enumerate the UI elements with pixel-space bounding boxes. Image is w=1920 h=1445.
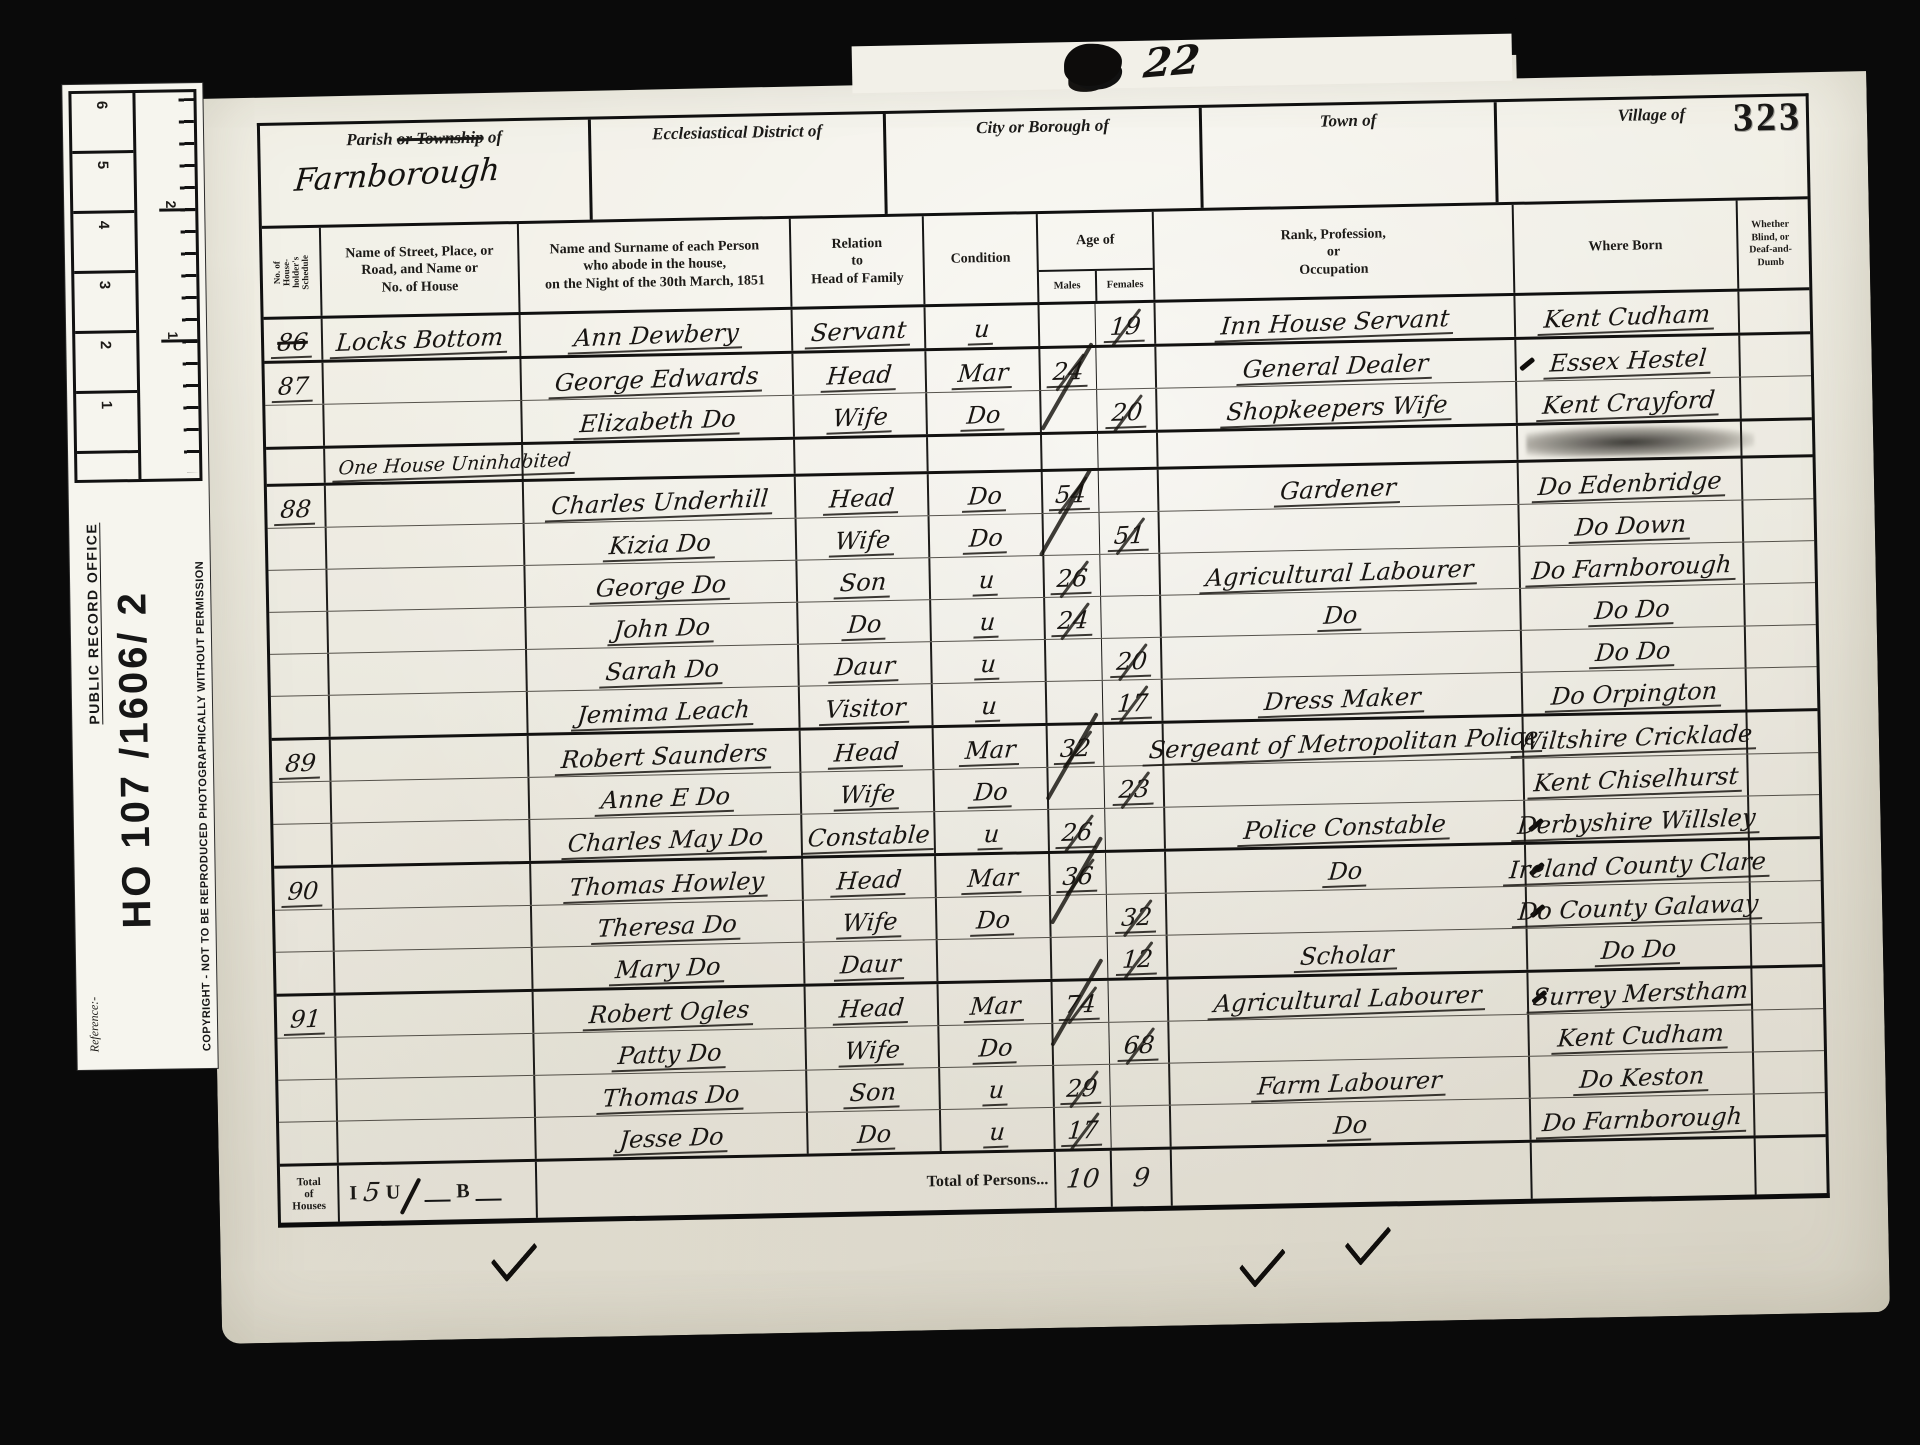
district-label: Ecclesiastical District of bbox=[652, 121, 822, 143]
blank-line bbox=[424, 1181, 450, 1201]
schedule-cell bbox=[266, 449, 326, 484]
birthplace-cell: Kent Crayford bbox=[1517, 378, 1742, 423]
condition-entry: Do bbox=[963, 525, 1009, 555]
occupation-cell: Shopkeepers Wife bbox=[1157, 382, 1518, 430]
street-cell bbox=[336, 992, 535, 1037]
age-female-cell: 19 bbox=[1095, 303, 1156, 345]
age-male-entry: 29 bbox=[1061, 1076, 1104, 1106]
birthplace-cell: Do Do bbox=[1528, 924, 1753, 969]
blind-cell bbox=[1739, 290, 1804, 332]
occupation-entry: Farm Labourer bbox=[1251, 1068, 1448, 1103]
street-cell: One House Uninhabited bbox=[325, 445, 524, 483]
relation-cell: Head bbox=[806, 984, 940, 1028]
occupation-cell: Agricultural Labourer bbox=[1160, 547, 1521, 595]
street-cell bbox=[326, 482, 525, 527]
header-females: Females bbox=[1097, 270, 1154, 301]
name-entry: Theresa Do bbox=[591, 912, 743, 946]
birthplace-cell: Do Farnborough bbox=[1531, 1094, 1756, 1139]
birthplace-entry: Kent Cudham bbox=[1551, 1020, 1730, 1055]
name-entry: Elizabeth Do bbox=[573, 406, 741, 440]
condition-entry: u bbox=[974, 652, 1002, 681]
street-cell bbox=[337, 1076, 536, 1121]
birthplace-entry: Do Farnborough bbox=[1536, 1104, 1748, 1140]
relation-cell: Head bbox=[793, 351, 927, 395]
schedule-cell bbox=[273, 824, 333, 866]
reference-number: HO 107 /1606/ 2 bbox=[110, 590, 160, 929]
birthplace-cell: Derbyshire Willsley bbox=[1525, 796, 1750, 841]
birthplace-cell: Do Farnborough bbox=[1520, 543, 1745, 588]
name-cell: George Edwards bbox=[521, 354, 794, 400]
condition-cell: Do bbox=[934, 768, 1049, 811]
occupation-cell: Do bbox=[1171, 1099, 1532, 1147]
condition-cell: u bbox=[933, 682, 1048, 725]
schedule-cell: 91 bbox=[277, 996, 337, 1038]
birthplace-entry: Do Do bbox=[1595, 936, 1683, 967]
schedule-number: 90 bbox=[281, 878, 324, 908]
age-male-cell: 26 bbox=[1044, 555, 1101, 597]
name-entry: Patty Do bbox=[612, 1040, 728, 1072]
occupation-cell: Farm Labourer bbox=[1170, 1057, 1531, 1105]
blank-line bbox=[475, 1181, 501, 1201]
age-female-cell: 17 bbox=[1103, 680, 1164, 722]
schedule-cell: 90 bbox=[274, 868, 334, 910]
occupation-entry: Do bbox=[1317, 602, 1363, 632]
age-male-cell bbox=[1046, 639, 1103, 681]
age-female-cell bbox=[1110, 1064, 1171, 1106]
street-cell bbox=[331, 736, 530, 781]
schedule-cell: 89 bbox=[272, 740, 332, 782]
age-male-cell: 24 bbox=[1045, 597, 1102, 639]
name-entry: Jemima Leach bbox=[571, 697, 756, 732]
header-relation: Relation to Head of Family bbox=[791, 216, 926, 307]
occupation-cell: Police Constable bbox=[1165, 801, 1526, 849]
relation-cell: Wife bbox=[797, 516, 931, 560]
relation-cell: Visitor bbox=[800, 684, 934, 728]
name-cell: Anne E Do bbox=[529, 773, 802, 819]
street-cell bbox=[329, 650, 528, 695]
occupation-entry: Scholar bbox=[1294, 941, 1400, 973]
town-box: Town of bbox=[1202, 102, 1499, 208]
schedule-cell bbox=[269, 612, 329, 654]
schedule-cell bbox=[265, 405, 325, 447]
empty-footer-cell bbox=[1756, 1137, 1821, 1194]
relation-cell bbox=[795, 437, 929, 474]
folio-page-number: 323 bbox=[1733, 92, 1803, 140]
occupation-cell bbox=[1162, 631, 1523, 679]
header-born: Where Born bbox=[1514, 201, 1740, 293]
ink-smudge bbox=[1526, 423, 1755, 457]
age-female-cell: 32 bbox=[1107, 894, 1168, 936]
birthplace-cell: Do Orpington bbox=[1523, 669, 1748, 714]
inhabited-total: 5 bbox=[361, 1178, 381, 1208]
name-entry: George Do bbox=[589, 572, 732, 605]
birthplace-entry: Do Do bbox=[1589, 596, 1677, 627]
birthplace-entry: Do County Galaway bbox=[1512, 891, 1765, 928]
check-mark bbox=[1239, 1233, 1286, 1288]
name-entry: Jesse Do bbox=[613, 1124, 730, 1156]
blind-cell bbox=[1744, 541, 1809, 583]
schedule-cell bbox=[277, 1038, 337, 1080]
condition-cell: Do bbox=[930, 514, 1045, 557]
building-label: B bbox=[456, 1180, 470, 1203]
condition-entry: Do bbox=[970, 907, 1016, 937]
borough-label: City or Borough of bbox=[976, 116, 1109, 138]
street-cell bbox=[334, 906, 533, 951]
inch-scale: 2 1 bbox=[135, 92, 199, 479]
birthplace-cell: Kent Cudham bbox=[1515, 292, 1740, 337]
schedule-cell: 86 bbox=[264, 319, 324, 361]
schedule-cell bbox=[278, 1080, 338, 1122]
name-cell: Elizabeth Do bbox=[522, 396, 795, 442]
blind-cell bbox=[1746, 625, 1811, 667]
relation-cell: Head bbox=[796, 474, 930, 518]
total-females: 9 bbox=[1131, 1163, 1151, 1193]
header-blind: Whether Blind, or Deaf-and- Dumb bbox=[1738, 199, 1804, 288]
name-cell: Thomas Do bbox=[535, 1071, 808, 1117]
street-cell bbox=[327, 566, 526, 611]
name-entry: Charles May Do bbox=[562, 825, 770, 861]
total-houses-box: I 5 U B bbox=[339, 1162, 538, 1222]
census-page: Parish or Township of Farnborough Eccles… bbox=[198, 48, 1890, 1344]
condition-entry: Mar bbox=[961, 865, 1024, 895]
condition-cell: Mar bbox=[939, 982, 1054, 1025]
relation-cell: Head bbox=[803, 856, 937, 900]
condition-entry: u bbox=[974, 610, 1002, 639]
relation-entry: Head bbox=[833, 995, 910, 1026]
reference-ruler-card: 6 5 4 3 2 1 2 1 PUBLIC RECORD OFFICE HO … bbox=[62, 83, 217, 1070]
street-cell bbox=[327, 524, 526, 569]
film-edge bbox=[1515, 10, 1920, 79]
schedule-number: 91 bbox=[284, 1006, 327, 1036]
name-cell: Theresa Do bbox=[532, 901, 805, 947]
scale-box: 2 bbox=[75, 333, 137, 394]
age-female-cell: 12 bbox=[1108, 936, 1169, 978]
blind-cell bbox=[1740, 334, 1805, 376]
age-male-cell bbox=[1048, 767, 1105, 809]
schedule-cell bbox=[270, 654, 330, 696]
age-female-entry: 51 bbox=[1107, 523, 1150, 553]
relation-entry: Visitor bbox=[819, 695, 912, 726]
birthplace-entry: Ireland County Clare bbox=[1503, 849, 1772, 887]
relation-entry: Head bbox=[821, 362, 898, 393]
check-mark bbox=[1345, 1211, 1392, 1266]
occupation-entry: Gardener bbox=[1274, 475, 1402, 508]
age-male-cell: 17 bbox=[1055, 1107, 1112, 1149]
condition-entry: u bbox=[973, 568, 1001, 597]
street-cell: Locks Bottom bbox=[323, 315, 522, 360]
header-occupation: Rank, Profession, or Occupation bbox=[1154, 205, 1516, 300]
schedule-cell bbox=[275, 910, 335, 952]
relation-cell: Daur bbox=[805, 940, 939, 984]
birthplace-cell: Do Do bbox=[1522, 627, 1747, 672]
age-female-cell bbox=[1099, 470, 1160, 512]
condition-entry: Mar bbox=[964, 993, 1027, 1023]
total-persons-label: Total of Persons... bbox=[537, 1152, 1057, 1218]
condition-cell: u bbox=[935, 810, 1050, 853]
schedule-number: 88 bbox=[274, 497, 317, 527]
age-female-cell bbox=[1105, 808, 1166, 850]
schedule-cell: 87 bbox=[264, 363, 324, 405]
age-female-cell: 20 bbox=[1097, 389, 1158, 431]
age-female-entry: 23 bbox=[1112, 777, 1155, 807]
inch-label: 1 bbox=[165, 332, 181, 340]
occupation-cell: Do bbox=[1166, 845, 1527, 893]
header-age-of: Age of bbox=[1038, 212, 1153, 272]
street-cell bbox=[338, 1118, 537, 1163]
birthplace-cell: Kent Chiselhurst bbox=[1524, 754, 1749, 799]
birthplace-entry: Do Keston bbox=[1573, 1063, 1710, 1096]
name-cell: Thomas Howley bbox=[531, 859, 804, 905]
age-male-entry: 24 bbox=[1052, 608, 1095, 638]
birthplace-cell: Do County Galaway bbox=[1527, 882, 1752, 927]
birthplace-entry: Do Do bbox=[1590, 638, 1678, 669]
birthplace-entry: Kent Chiselhurst bbox=[1527, 764, 1744, 800]
age-female-cell: 20 bbox=[1102, 638, 1163, 680]
occupation-cell: Scholar bbox=[1168, 929, 1529, 977]
birthplace-entry: Surrey Merstham bbox=[1526, 977, 1754, 1013]
condition-entry: Do bbox=[973, 1035, 1019, 1065]
occupation-cell: General Dealer bbox=[1156, 340, 1517, 388]
age-female-entry: 12 bbox=[1116, 946, 1159, 976]
occupation-entry: Inn House Servant bbox=[1214, 306, 1455, 343]
occupation-cell bbox=[1158, 426, 1519, 467]
parish-label: Parish or Township of bbox=[346, 127, 502, 149]
village-label: Village of bbox=[1618, 105, 1686, 125]
ink-blot bbox=[1064, 43, 1123, 86]
tally-stroke bbox=[399, 1178, 421, 1215]
struck-township-label: or Township bbox=[397, 128, 484, 149]
relation-entry: Wife bbox=[829, 527, 897, 557]
age-female-cell bbox=[1101, 596, 1162, 638]
measuring-scales: 6 5 4 3 2 1 2 1 bbox=[68, 89, 202, 483]
birthplace-cell: Surrey Merstham bbox=[1528, 968, 1753, 1013]
relation-entry: Constable bbox=[801, 822, 935, 855]
birthplace-entry: Derbyshire Willsley bbox=[1511, 805, 1761, 842]
street-cell bbox=[332, 778, 531, 823]
condition-entry: u bbox=[983, 1119, 1011, 1148]
name-cell: Charles Underhill bbox=[524, 477, 797, 523]
microfilm-background: Parish or Township of Farnborough Eccles… bbox=[0, 0, 1920, 1445]
street-cell bbox=[323, 359, 522, 404]
borough-box: City or Borough of bbox=[886, 108, 1204, 214]
reference-label: Reference:- bbox=[87, 997, 103, 1053]
name-entry: Thomas Howley bbox=[563, 869, 770, 905]
name-cell: Mary Do bbox=[533, 943, 806, 989]
check-tick bbox=[1519, 357, 1535, 372]
condition-entry: u bbox=[983, 1077, 1011, 1106]
age-female-entry: 17 bbox=[1111, 691, 1154, 721]
blind-cell bbox=[1748, 753, 1813, 795]
birthplace-entry: Do Farnborough bbox=[1526, 552, 1738, 588]
blind-cell bbox=[1743, 499, 1808, 541]
relation-entry: Wife bbox=[834, 781, 902, 811]
condition-cell: u bbox=[926, 305, 1041, 348]
total-houses-label: Total of Houses bbox=[280, 1166, 340, 1223]
condition-entry: Mar bbox=[959, 737, 1022, 767]
scale-box: 6 bbox=[71, 93, 133, 154]
schedule-cell bbox=[279, 1122, 339, 1164]
occupation-cell: Agricultural Labourer bbox=[1168, 973, 1529, 1021]
total-males-cell: 10 bbox=[1056, 1151, 1113, 1208]
name-entry: Kizia Do bbox=[603, 530, 717, 562]
blind-cell bbox=[1747, 667, 1812, 709]
occupation-entry: Do bbox=[1322, 858, 1368, 888]
name-entry: Sarah Do bbox=[600, 656, 726, 689]
schedule-number: 87 bbox=[272, 374, 315, 404]
census-form: Parish or Township of Farnborough Eccles… bbox=[257, 93, 1830, 1228]
name-entry: Charles Underhill bbox=[545, 486, 774, 522]
header-name: Name and Surname of each Person who abod… bbox=[519, 219, 793, 312]
header-age: Age of Males Females bbox=[1038, 212, 1156, 302]
relation-entry: Son bbox=[844, 1079, 903, 1109]
name-cell: Jemima Leach bbox=[528, 687, 801, 733]
birthplace-entry: Kent Crayford bbox=[1536, 387, 1721, 422]
inhabited-label: I bbox=[349, 1182, 357, 1205]
scale-box: 1 bbox=[76, 393, 138, 454]
condition-cell: Mar bbox=[926, 349, 1041, 392]
condition-cell: Mar bbox=[934, 726, 1049, 769]
occupation-cell bbox=[1169, 1015, 1530, 1063]
scale-box bbox=[77, 453, 138, 480]
name-cell: George Do bbox=[525, 561, 798, 607]
occupation-entry: Shopkeepers Wife bbox=[1220, 392, 1453, 429]
schedule-cell bbox=[268, 570, 328, 612]
relation-entry: Servant bbox=[805, 318, 913, 350]
age-male-entry: 26 bbox=[1051, 566, 1094, 596]
blind-cell bbox=[1742, 420, 1807, 455]
name-cell: John Do bbox=[526, 603, 799, 649]
schedule-cell bbox=[273, 782, 333, 824]
age-female-cell: 23 bbox=[1104, 766, 1165, 808]
relation-entry: Head bbox=[828, 739, 905, 770]
name-entry: John Do bbox=[607, 614, 716, 646]
relation-cell: Servant bbox=[793, 307, 927, 351]
age-female-cell bbox=[1106, 852, 1167, 894]
age-male-cell bbox=[1039, 304, 1096, 346]
check-mark bbox=[491, 1227, 538, 1282]
relation-entry: Do bbox=[851, 1122, 897, 1152]
schedule-number: 89 bbox=[279, 751, 322, 781]
condition-cell: u bbox=[932, 640, 1047, 683]
town-label: Town of bbox=[1320, 111, 1377, 131]
occupation-entry: Agricultural Labourer bbox=[1200, 556, 1480, 594]
condition-cell: u bbox=[941, 1108, 1056, 1151]
birthplace-cell: Do Keston bbox=[1530, 1052, 1755, 1097]
relation-entry: Do bbox=[841, 612, 887, 642]
relation-cell: Son bbox=[807, 1068, 941, 1112]
street-entry: Locks Bottom bbox=[330, 325, 510, 360]
schedule-cell bbox=[271, 696, 331, 738]
condition-cell bbox=[938, 938, 1053, 981]
header-schedule: No. of House- holder's Schedule bbox=[262, 228, 323, 317]
age-male-cell bbox=[1051, 895, 1108, 937]
condition-cell: Do bbox=[927, 391, 1042, 434]
condition-cell: Do bbox=[939, 1024, 1054, 1067]
name-entry: Thomas Do bbox=[596, 1082, 745, 1115]
occupation-entry: Dress Maker bbox=[1258, 684, 1427, 718]
street-cell bbox=[330, 692, 529, 737]
blind-cell bbox=[1754, 1051, 1819, 1093]
name-cell: Ann Dewbery bbox=[521, 310, 794, 356]
cm-scale: 6 5 4 3 2 1 bbox=[71, 93, 141, 480]
film-edge bbox=[195, 15, 868, 99]
birthplace-cell: Kent Cudham bbox=[1529, 1010, 1754, 1055]
relation-entry: Wife bbox=[836, 909, 904, 939]
blind-cell bbox=[1745, 583, 1810, 625]
birthplace-cell: Wiltshire Cricklade bbox=[1523, 712, 1748, 757]
condition-entry: Do bbox=[961, 402, 1007, 432]
age-female-cell bbox=[1111, 1106, 1172, 1148]
blind-cell bbox=[1755, 1093, 1820, 1135]
header-condition: Condition bbox=[924, 214, 1040, 304]
age-male-cell: 74 bbox=[1052, 981, 1109, 1023]
schedule-cell: 88 bbox=[267, 486, 327, 528]
relation-cell: Do bbox=[798, 600, 932, 644]
occupation-cell: Dress Maker bbox=[1163, 673, 1524, 721]
blind-cell bbox=[1752, 923, 1817, 965]
age-male-cell: 29 bbox=[1054, 1065, 1111, 1107]
schedule-cell bbox=[276, 952, 336, 994]
age-female-entry: 19 bbox=[1103, 314, 1146, 344]
age-female-cell: 68 bbox=[1109, 1022, 1170, 1064]
name-cell: Charles May Do bbox=[530, 815, 803, 861]
name-cell: Sarah Do bbox=[527, 645, 800, 691]
name-entry: Mary Do bbox=[609, 954, 727, 986]
street-cell bbox=[332, 820, 531, 865]
relation-entry: Head bbox=[823, 485, 900, 516]
birthplace-cell: Essex Hestel bbox=[1516, 336, 1741, 381]
occupation-entry: General Dealer bbox=[1237, 351, 1435, 386]
age-female-entry: 32 bbox=[1115, 905, 1158, 935]
age-male-entry: 17 bbox=[1061, 1118, 1104, 1148]
age-female-entry: 20 bbox=[1105, 400, 1148, 430]
age-female-cell bbox=[1100, 554, 1161, 596]
age-female-entry: 20 bbox=[1110, 649, 1153, 679]
birthplace-entry: Do Orpington bbox=[1545, 678, 1724, 712]
name-entry: Anne E Do bbox=[594, 784, 736, 817]
street-cell bbox=[328, 608, 527, 653]
condition-cell bbox=[928, 435, 1043, 471]
condition-entry: Do bbox=[968, 779, 1014, 809]
relation-entry: Wife bbox=[839, 1037, 907, 1067]
condition-cell: Do bbox=[937, 896, 1052, 939]
relation-entry: Daur bbox=[834, 951, 907, 982]
name-entry: Robert Ogles bbox=[583, 997, 756, 1031]
uninhabited-label: U bbox=[386, 1181, 401, 1204]
occupation-cell: Gardener bbox=[1159, 463, 1520, 511]
condition-entry: u bbox=[975, 694, 1003, 723]
condition-cell: u bbox=[930, 556, 1045, 599]
relation-entry: Daur bbox=[828, 653, 901, 684]
relation-cell: Wife bbox=[806, 1026, 940, 1070]
birthplace-entry: Kent Cudham bbox=[1538, 301, 1717, 336]
street-cell bbox=[333, 864, 532, 909]
relation-cell: Son bbox=[797, 558, 931, 602]
age-female-cell: 51 bbox=[1099, 512, 1160, 554]
archive-name: PUBLIC RECORD OFFICE bbox=[83, 523, 102, 725]
age-male-cell bbox=[1042, 434, 1099, 469]
occupation-cell: Inn House Servant bbox=[1155, 296, 1516, 344]
schedule-cell bbox=[268, 528, 328, 570]
relation-entry: Wife bbox=[826, 404, 894, 434]
birthplace-entry: Essex Hestel bbox=[1543, 346, 1712, 380]
relation-cell: Head bbox=[801, 728, 935, 772]
relation-entry: Son bbox=[834, 569, 893, 599]
age-female-cell bbox=[1096, 347, 1157, 389]
birthplace-cell: Do Edenbridge bbox=[1519, 459, 1744, 504]
age-female-cell bbox=[1108, 980, 1169, 1022]
condition-cell: u bbox=[931, 598, 1046, 641]
